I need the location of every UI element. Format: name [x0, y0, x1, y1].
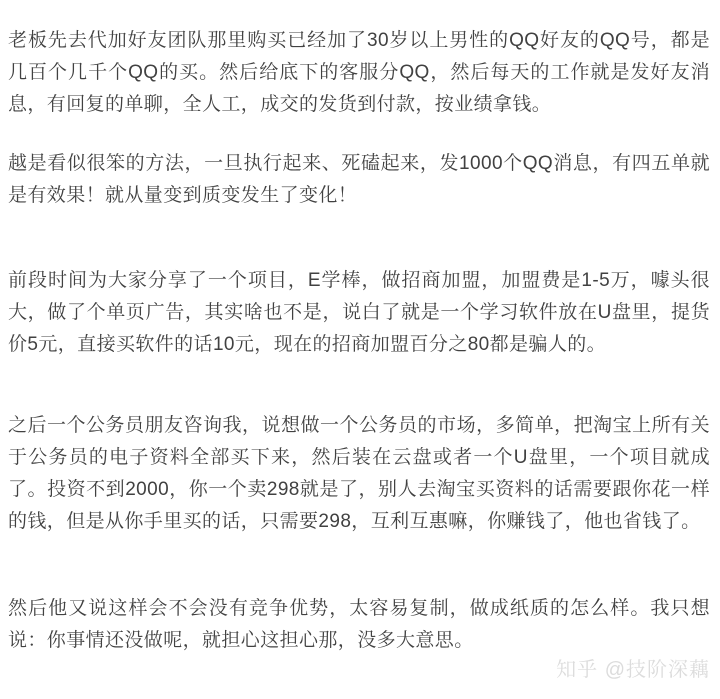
paragraph-1: 老板先去代加好友团队那里购买已经加了30岁以上男性的QQ好友的QQ号，都是几百个…	[8, 25, 710, 121]
article-page: 老板先去代加好友团队那里购买已经加了30岁以上男性的QQ好友的QQ号，都是几百个…	[0, 0, 720, 699]
zhihu-watermark: 知乎 @技阶深藕	[556, 658, 710, 682]
paragraph-5: 然后他又说这样会不会没有竞争优势，太容易复制，做成纸质的怎么样。我只想说：你事情…	[8, 593, 710, 657]
paragraph-3: 前段时间为大家分享了一个项目，E学棒，做招商加盟，加盟费是1-5万，噱头很大，做…	[8, 265, 710, 361]
paragraph-2: 越是看似很笨的方法，一旦执行起来、死磕起来，发1000个QQ消息，有四五单就是有…	[8, 148, 710, 212]
article-body: 老板先去代加好友团队那里购买已经加了30岁以上男性的QQ好友的QQ号，都是几百个…	[8, 0, 710, 657]
paragraph-4: 之后一个公务员朋友咨询我，说想做一个公务员的市场，多简单，把淘宝上所有关于公务员…	[8, 410, 710, 538]
